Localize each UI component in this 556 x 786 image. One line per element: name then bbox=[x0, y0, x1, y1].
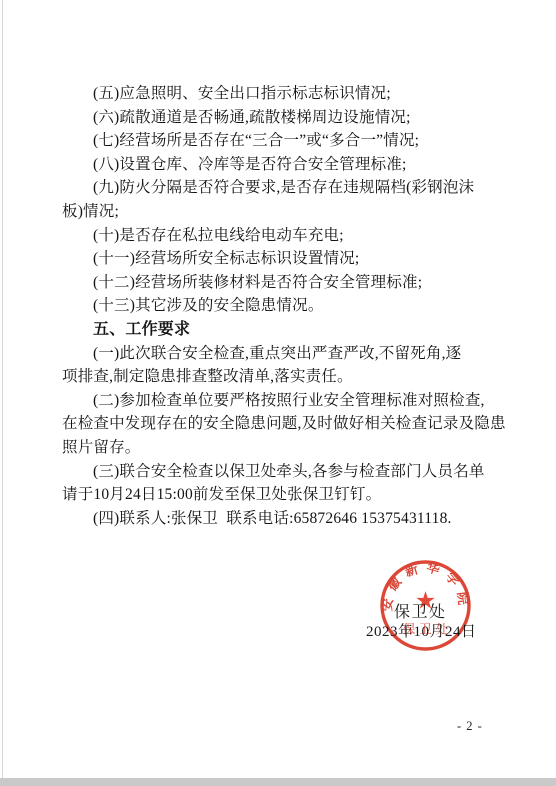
page-number: - 2 - bbox=[457, 719, 483, 734]
signature-date: 2023年10月24日 bbox=[366, 620, 477, 641]
document-line: (二)参加检查单位要严格按照行业安全管理标准对照检查, bbox=[62, 389, 500, 413]
document-line: (九)防火分隔是否符合要求,是否存在违规隔档(彩钢泡沫 bbox=[62, 176, 500, 200]
page-bottom-edge bbox=[0, 778, 556, 786]
document-line: (十二)经营场所装修材料是否符合安全管理标准; bbox=[62, 271, 500, 295]
document-line: (五)应急照明、安全出口指示标志标识情况; bbox=[62, 82, 500, 106]
document-line: 照片留存。 bbox=[62, 436, 500, 460]
document-line: (四)联系人:张保卫 联系电话:65872646 15375431118. bbox=[62, 507, 500, 531]
signature-department: 保卫处 bbox=[394, 599, 447, 622]
document-line: (三)联合安全检查以保卫处牵头,各参与检查部门人员名单 bbox=[62, 460, 500, 484]
document-line: 板)情况; bbox=[62, 200, 500, 224]
document-line: (八)设置仓库、冷库等是否符合安全管理标准; bbox=[62, 153, 500, 177]
document-line: (六)疏散通道是否畅通,疏散楼梯周边设施情况; bbox=[62, 106, 500, 130]
document-line: 项排查,制定隐患排查整改清单,落实责任。 bbox=[62, 365, 500, 389]
page-left-edge-line bbox=[2, 0, 3, 779]
document-line: 请于10月24日15:00前发至保卫处张保卫钉钉。 bbox=[62, 483, 500, 507]
document-line: 在检查中发现存在的安全隐患问题,及时做好相关检查记录及隐患 bbox=[62, 412, 500, 436]
document-body: (五)应急照明、安全出口指示标志标识情况;(六)疏散通道是否畅通,疏散楼梯周边设… bbox=[62, 82, 500, 530]
document-page: (五)应急照明、安全出口指示标志标识情况;(六)疏散通道是否畅通,疏散楼梯周边设… bbox=[0, 0, 556, 786]
document-line: (一)此次联合安全检查,重点突出严查严改,不留死角,逐 bbox=[62, 342, 500, 366]
document-line: (十)是否存在私拉电线给电动车充电; bbox=[62, 224, 500, 248]
document-line: (十一)经营场所安全标志标识设置情况; bbox=[62, 247, 500, 271]
section-heading: 五、工作要求 bbox=[62, 318, 500, 342]
document-line: (十三)其它涉及的安全隐患情况。 bbox=[62, 294, 500, 318]
document-line: (七)经营场所是否存在“三合一”或“多合一”情况; bbox=[62, 129, 500, 153]
